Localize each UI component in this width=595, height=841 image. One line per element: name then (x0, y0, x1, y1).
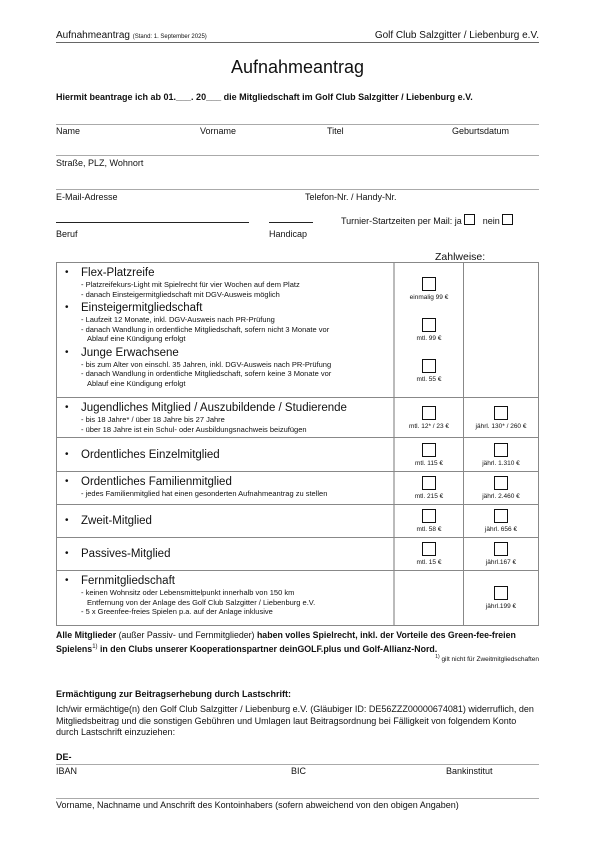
price-label: einmalig 99 € (410, 294, 449, 301)
footnote: 1) gilt nicht für Zweitmitgliedschaften (435, 654, 539, 663)
passiv-yearly-checkbox[interactable] (494, 542, 508, 556)
junge-erwachsene-checkbox[interactable] (422, 359, 436, 373)
handicap-label: Handicap (269, 229, 307, 239)
yearly-options-empty (464, 263, 538, 397)
turnier-label: Turnier-Startzeiten per Mail: ja (341, 216, 462, 226)
handicap-field-line[interactable] (269, 222, 313, 223)
iban-field-line[interactable] (56, 764, 539, 765)
yearly-option: jährl.199 € (464, 571, 538, 625)
price-label: jährl.167 € (486, 559, 516, 566)
iban-label: IBAN (56, 766, 77, 776)
header-divider (56, 42, 539, 43)
table-row: •Jugendliches Mitglied / Auszubildende /… (57, 397, 538, 437)
table-row: •Zweit-Mitglied mtl. 58 € jährl. 656 € (57, 504, 538, 537)
price-label: jährl. 656 € (485, 526, 517, 533)
iban-prefix[interactable]: DE- (56, 752, 72, 762)
yearly-option: jährl. 1.310 € (464, 438, 538, 471)
price-label: jährl. 130* / 260 € (476, 423, 527, 430)
bullet-icon: • (65, 547, 81, 561)
email-label: E-Mail-Adresse (56, 192, 118, 202)
table-row: •Ordentliches Familienmitglied - jedes F… (57, 471, 538, 504)
membership-detail: - bis 18 Jahre* / über 18 Jahre bis 27 J… (65, 415, 387, 425)
monthly-option-empty (395, 571, 464, 625)
membership-note: Alle Mitglieder (außer Passiv- und Fernm… (56, 630, 539, 655)
bullet-icon: • (65, 301, 81, 315)
beruf-label: Beruf (56, 229, 78, 239)
address-field-line[interactable] (56, 155, 539, 156)
bullet-icon: • (65, 514, 81, 528)
turnier-nein-checkbox[interactable] (502, 214, 513, 225)
membership-detail: Ablauf eine Kündigung erfolgt (65, 379, 387, 389)
membership-title: Junge Erwachsene (81, 346, 179, 360)
membership-detail: - jedes Familienmitglied hat einen geson… (65, 489, 387, 499)
einsteiger-checkbox[interactable] (422, 318, 436, 332)
footnote-text: gilt nicht für Zweitmitgliedschaften (440, 656, 539, 663)
monthly-option: mtl. 12* / 23 € (395, 398, 464, 437)
price-label: mtl. 58 € (417, 526, 442, 533)
membership-table: •Flex-Platzreife - Platzreifekurs-Light … (56, 262, 539, 626)
price-label: mtl. 55 € (417, 376, 442, 383)
yearly-option: jährl.167 € (464, 538, 538, 570)
price-label: jährl. 1.310 € (482, 460, 520, 467)
membership-title: Jugendliches Mitglied / Auszubildende / … (81, 401, 347, 415)
holder-field-line[interactable] (56, 798, 539, 799)
einzel-monthly-checkbox[interactable] (422, 443, 436, 457)
name-label: Name (56, 126, 80, 136)
strasse-label: Straße, PLZ, Wohnort (56, 158, 143, 168)
sepa-text: Ich/wir ermächtige(n) den Golf Club Salz… (56, 704, 539, 739)
flex-platzreife-checkbox[interactable] (422, 277, 436, 291)
price-label: mtl. 99 € (417, 335, 442, 342)
monthly-option: mtl. 115 € (395, 438, 464, 471)
zweit-monthly-checkbox[interactable] (422, 509, 436, 523)
einzel-yearly-checkbox[interactable] (494, 443, 508, 457)
jugend-yearly-checkbox[interactable] (494, 406, 508, 420)
membership-item: •Junge Erwachsene - bis zum Alter von ei… (65, 346, 387, 389)
membership-title: Passives-Mitglied (81, 547, 170, 561)
doc-name: Aufnahmeantrag (56, 30, 130, 41)
jugend-monthly-checkbox[interactable] (422, 406, 436, 420)
titel-label: Titel (327, 126, 344, 136)
membership-item: •Einsteigermitgliedschaft - Laufzeit 12 … (65, 301, 387, 344)
familie-monthly-checkbox[interactable] (422, 476, 436, 490)
zweit-yearly-checkbox[interactable] (494, 509, 508, 523)
passiv-monthly-checkbox[interactable] (422, 542, 436, 556)
bic-label: BIC (291, 766, 306, 776)
membership-title: Fernmitgliedschaft (81, 574, 175, 588)
yearly-option: jährl. 2.460 € (464, 472, 538, 504)
membership-group-1: •Flex-Platzreife - Platzreifekurs-Light … (57, 263, 395, 397)
membership-item: •Flex-Platzreife - Platzreifekurs-Light … (65, 266, 387, 299)
bankinstitut-label: Bankinstitut (446, 766, 493, 776)
familie-yearly-checkbox[interactable] (494, 476, 508, 490)
membership-item: •Passives-Mitglied (57, 538, 395, 570)
membership-detail: - danach Wandlung in ordentliche Mitglie… (65, 369, 387, 379)
membership-title: Flex-Platzreife (81, 266, 155, 280)
telefon-label: Telefon-Nr. / Handy-Nr. (305, 192, 397, 202)
membership-title: Ordentliches Einzelmitglied (81, 448, 220, 462)
bullet-icon: • (65, 401, 81, 415)
membership-detail: - 5 x Greenfee-freies Spielen p.a. auf d… (65, 607, 387, 617)
yearly-option: jährl. 656 € (464, 505, 538, 537)
membership-title: Einsteigermitgliedschaft (81, 301, 202, 315)
bullet-icon: • (65, 346, 81, 360)
membership-detail: - Laufzeit 12 Monate, inkl. DGV-Ausweis … (65, 315, 387, 325)
membership-detail: - danach Wandlung in ordentliche Mitglie… (65, 325, 387, 335)
fern-yearly-checkbox[interactable] (494, 586, 508, 600)
geburtsdatum-label: Geburtsdatum (452, 126, 509, 136)
membership-detail: - über 18 Jahre ist ein Schul- oder Ausb… (65, 425, 387, 435)
note-text: in den Clubs unserer Kooperationspartner… (98, 643, 438, 653)
membership-title: Ordentliches Familienmitglied (81, 475, 232, 489)
sepa-title: Ermächtigung zur Beitragserhebung durch … (56, 689, 291, 699)
stand-date: (Stand: 1. September 2025) (133, 34, 207, 40)
table-row: •Passives-Mitglied mtl. 15 € jährl.167 € (57, 537, 538, 570)
membership-detail: - Platzreifekurs-Light mit Spielrecht fü… (65, 280, 387, 290)
monthly-option: mtl. 58 € (395, 505, 464, 537)
membership-title: Zweit-Mitglied (81, 514, 152, 528)
membership-item: •Ordentliches Einzelmitglied (57, 438, 395, 471)
monthly-option: mtl. 215 € (395, 472, 464, 504)
name-field-line[interactable] (56, 124, 539, 125)
header-doc-name: Aufnahmeantrag (Stand: 1. September 2025… (56, 30, 207, 41)
membership-item: •Fernmitgliedschaft - keinen Wohnsitz od… (57, 571, 395, 625)
beruf-field-line[interactable] (56, 222, 249, 223)
turnier-ja-checkbox[interactable] (464, 214, 475, 225)
membership-detail: - keinen Wohnsitz oder Lebensmittelpunkt… (65, 588, 387, 598)
turnier-nein-label: nein (483, 216, 500, 226)
table-row: •Flex-Platzreife - Platzreifekurs-Light … (57, 263, 538, 397)
note-text: (außer Passiv- und Fernmitglieder) (116, 630, 257, 640)
bullet-icon: • (65, 448, 81, 462)
membership-detail: - danach Einsteigermitgliedschaft mit DG… (65, 290, 387, 300)
page-title: Aufnahmeantrag (0, 57, 595, 78)
table-row: •Ordentliches Einzelmitglied mtl. 115 € … (57, 437, 538, 471)
price-label: mtl. 115 € (415, 460, 443, 467)
table-row: •Fernmitgliedschaft - keinen Wohnsitz od… (57, 570, 538, 625)
membership-item: •Zweit-Mitglied (57, 505, 395, 537)
bullet-icon: • (65, 266, 81, 280)
price-label: jährl.199 € (486, 603, 516, 610)
vorname-label: Vorname (200, 126, 236, 136)
price-label: jährl. 2.460 € (482, 493, 520, 500)
yearly-option: jährl. 130* / 260 € (464, 398, 538, 437)
membership-detail: Entfernung von der Anlage des Golf Club … (65, 598, 387, 608)
monthly-option: mtl. 15 € (395, 538, 464, 570)
turnier-mail-option: Turnier-Startzeiten per Mail: ja nein (341, 214, 513, 226)
bullet-icon: • (65, 574, 81, 588)
price-label: mtl. 215 € (415, 493, 444, 500)
membership-item: •Ordentliches Familienmitglied - jedes F… (57, 472, 395, 504)
membership-item: •Jugendliches Mitglied / Auszubildende /… (57, 398, 395, 437)
price-label: mtl. 15 € (417, 559, 442, 566)
intro-text[interactable]: Hiermit beantrage ich ab 01.___. 20___ d… (56, 92, 473, 102)
email-field-line[interactable] (56, 189, 539, 190)
holder-label: Vorname, Nachname und Anschrift des Kont… (56, 800, 459, 810)
membership-detail: Ablauf eine Kündigung erfolgt (65, 334, 387, 344)
monthly-options: einmalig 99 € mtl. 99 € mtl. 55 € (395, 263, 464, 397)
price-label: mtl. 12* / 23 € (409, 423, 449, 430)
header-club-name: Golf Club Salzgitter / Liebenburg e.V. (375, 30, 539, 41)
bullet-icon: • (65, 475, 81, 489)
membership-detail: - bis zum Alter von einschl. 35 Jahren, … (65, 360, 387, 370)
note-text: Alle Mitglieder (56, 630, 116, 640)
